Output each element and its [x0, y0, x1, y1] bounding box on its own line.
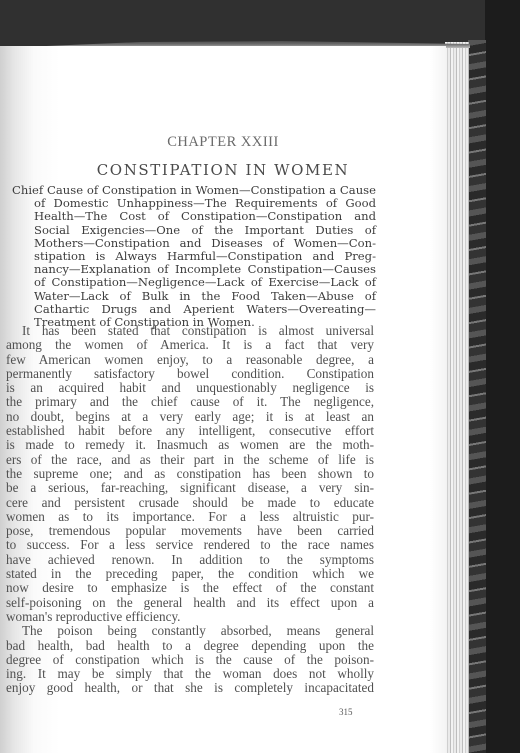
book-cover-edge	[468, 40, 486, 753]
body-line: the primary and the chief cause of it. T…	[6, 395, 374, 409]
page-stack-edge	[445, 42, 469, 753]
body-line: pose, tremendous popular movements have …	[6, 524, 374, 538]
body-line: established habit before any intelligent…	[6, 424, 374, 438]
body-line: no doubt, begins at a very early age; it…	[6, 410, 374, 424]
body-line: bad health, bad health to a degree depen…	[6, 639, 374, 653]
body-line: be a serious, far-reaching, significant …	[6, 481, 374, 495]
synopsis-line: Social Exigencies—One of the Important D…	[12, 224, 376, 237]
body-text: It has been stated that constipation is …	[6, 324, 374, 696]
body-line: The poison being constantly absorbed, me…	[6, 624, 374, 638]
body-line: cere and persistent crusade should be ma…	[6, 496, 374, 510]
synopsis-line: Health—The Cost of Constipation—Constipa…	[12, 210, 376, 223]
body-line: have achieved renown. In addition to the…	[6, 553, 374, 567]
book-cover-shadow	[485, 0, 520, 753]
book-page: CHAPTER XXIII CONSTIPATION IN WOMEN Chie…	[0, 46, 446, 753]
body-line: enjoy good health, or that she is comple…	[6, 681, 374, 695]
body-line: is an acquired habit and unquestionably …	[6, 381, 374, 395]
body-line: ing. It may be simply that the woman doe…	[6, 667, 374, 681]
synopsis-line: of Constipation—Negligence—Lack of Exerc…	[12, 276, 376, 289]
body-line: among the women of America. It is a fact…	[6, 338, 374, 352]
body-line: now desire to emphasize is the effect of…	[6, 581, 374, 595]
page-content: CHAPTER XXIII CONSTIPATION IN WOMEN Chie…	[0, 46, 446, 753]
chapter-number: CHAPTER XXIII	[0, 134, 446, 151]
body-line: stated in the preceding paper, the condi…	[6, 567, 374, 581]
body-line: permanently satisfactory bowel condition…	[6, 367, 374, 381]
body-line: It has been stated that constipation is …	[6, 324, 374, 338]
synopsis-line: Water—Lack of Bulk in the Food Taken—Abu…	[12, 290, 376, 303]
body-line: degree of constipation which is the caus…	[6, 653, 374, 667]
page-number: 315	[339, 707, 353, 717]
body-line: is made to remedy it. Inasmuch as women …	[6, 438, 374, 452]
body-line: woman's reproductive efficiency.	[6, 610, 374, 624]
chapter-title: CONSTIPATION IN WOMEN	[0, 161, 446, 179]
body-line: the supreme one; and as constipation has…	[6, 467, 374, 481]
body-line: ers of the race, and as their part in th…	[6, 453, 374, 467]
body-line: to success. For a less service rendered …	[6, 538, 374, 552]
body-line: few American women enjoy, to a reasonabl…	[6, 353, 374, 367]
chapter-synopsis: Chief Cause of Constipation in Women—Con…	[12, 184, 376, 329]
body-line: self-poisoning on the general health and…	[6, 596, 374, 610]
body-line: women as to its importance. For a less a…	[6, 510, 374, 524]
